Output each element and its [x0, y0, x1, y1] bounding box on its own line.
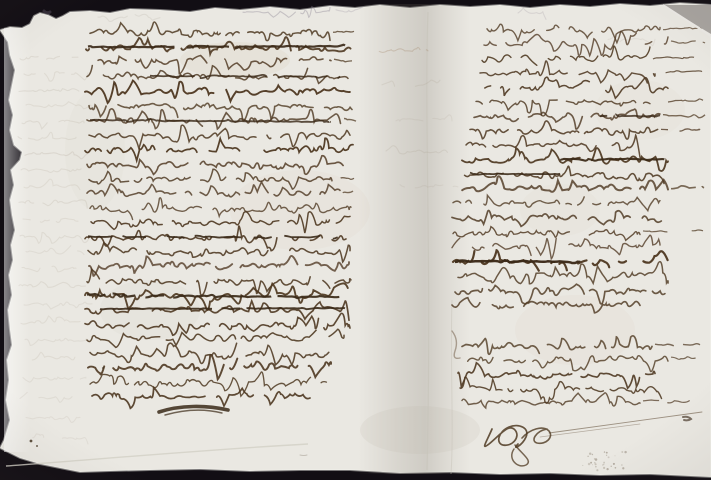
vignette-overlay	[0, 0, 711, 480]
manuscript-svg	[0, 0, 711, 480]
manuscript-scan: Archival scan: double page of early-mode…	[0, 0, 711, 480]
